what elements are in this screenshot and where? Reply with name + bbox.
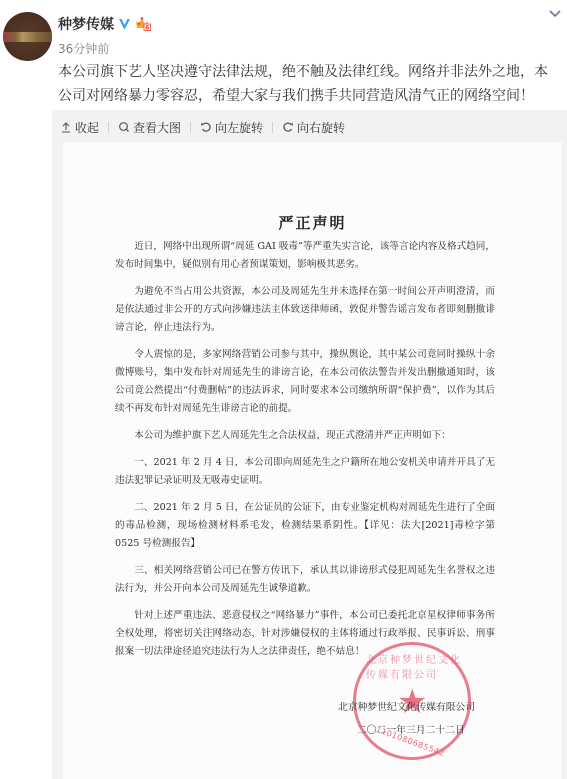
author-name[interactable]: 种梦传媒 bbox=[58, 14, 114, 34]
post-text: 本公司旗下艺人坚决遵守法律法规，绝不触及法律红线。网络并非法外之地，本公司对网络… bbox=[58, 60, 558, 108]
author-name-row: 种梦传媒 6 bbox=[58, 14, 151, 34]
collapse-label: 收起 bbox=[75, 119, 99, 136]
verified-badge-icon[interactable] bbox=[118, 17, 131, 31]
toolbar-divider bbox=[108, 122, 109, 133]
statement-image[interactable]: 严正声明 近日，网络中出现所谓“周延 GAI 吸毒”等严重失实言论，该等言论内容… bbox=[63, 142, 562, 779]
document-paragraph: 令人震惊的是，多家网络营销公司参与其中，操纵舆论，其中某公司竟同时操纵十余微博账… bbox=[115, 346, 495, 418]
post-timestamp[interactable]: 36分钟前 bbox=[58, 40, 109, 57]
document-date: 二〇二一年三月二十二日 bbox=[357, 722, 465, 736]
rotate-right-icon bbox=[282, 121, 294, 133]
document-paragraph: 近日，网络中出现所谓“周延 GAI 吸毒”等严重失实言论，该等言论内容及格式趋同… bbox=[115, 238, 495, 274]
view-large-button[interactable]: 查看大图 bbox=[118, 119, 181, 136]
chevron-down-icon[interactable] bbox=[549, 10, 561, 18]
rotate-right-button[interactable]: 向右旋转 bbox=[282, 119, 345, 136]
toolbar-divider bbox=[190, 122, 191, 133]
svg-text:6: 6 bbox=[145, 25, 149, 32]
member-crown-icon[interactable]: 6 bbox=[135, 17, 151, 31]
avatar[interactable] bbox=[3, 12, 52, 61]
collapse-button[interactable]: 收起 bbox=[60, 119, 99, 136]
document-title: 严正声明 bbox=[63, 212, 562, 233]
search-icon bbox=[118, 121, 130, 133]
rotate-right-label: 向右旋转 bbox=[297, 119, 345, 136]
document-paragraph: 三、相关网络营销公司已在警方传讯下，承认其以诽谤形式侵犯周延先生名誉权之违法行为… bbox=[115, 562, 495, 598]
seal-text: 北京种梦世纪文化传媒有限公司 bbox=[366, 651, 468, 681]
arrow-up-icon bbox=[60, 121, 72, 133]
rotate-left-icon bbox=[200, 121, 212, 133]
document-paragraph: 一、2021 年 2 月 4 日，本公司即向周延先生之户籍所在地公安机关申请并开… bbox=[115, 454, 495, 490]
avatar-logo-band bbox=[3, 32, 52, 42]
rotate-left-label: 向左旋转 bbox=[215, 119, 263, 136]
document-paragraph: 二、2021 年 2 月 5 日，在公证员的公证下，由专业鉴定机构对周延先生进行… bbox=[115, 499, 495, 553]
rotate-left-button[interactable]: 向左旋转 bbox=[200, 119, 263, 136]
document-paragraph: 为避免不当占用公共资源，本公司及周延先生并未选择在第一时间公开声明澄清，而是依法… bbox=[115, 283, 495, 337]
toolbar-divider bbox=[272, 122, 273, 133]
view-large-label: 查看大图 bbox=[133, 119, 181, 136]
media-toolbar: 收起 查看大图 向左旋转 向右旋转 bbox=[60, 118, 345, 136]
document-company: 北京种梦世纪文化传媒有限公司 bbox=[338, 699, 475, 713]
document-paragraph: 本公司为维护旗下艺人周延先生之合法权益，现正式澄清并严正声明如下： bbox=[115, 427, 495, 445]
document-body: 近日，网络中出现所谓“周延 GAI 吸毒”等严重失实言论，该等言论内容及格式趋同… bbox=[115, 238, 495, 670]
